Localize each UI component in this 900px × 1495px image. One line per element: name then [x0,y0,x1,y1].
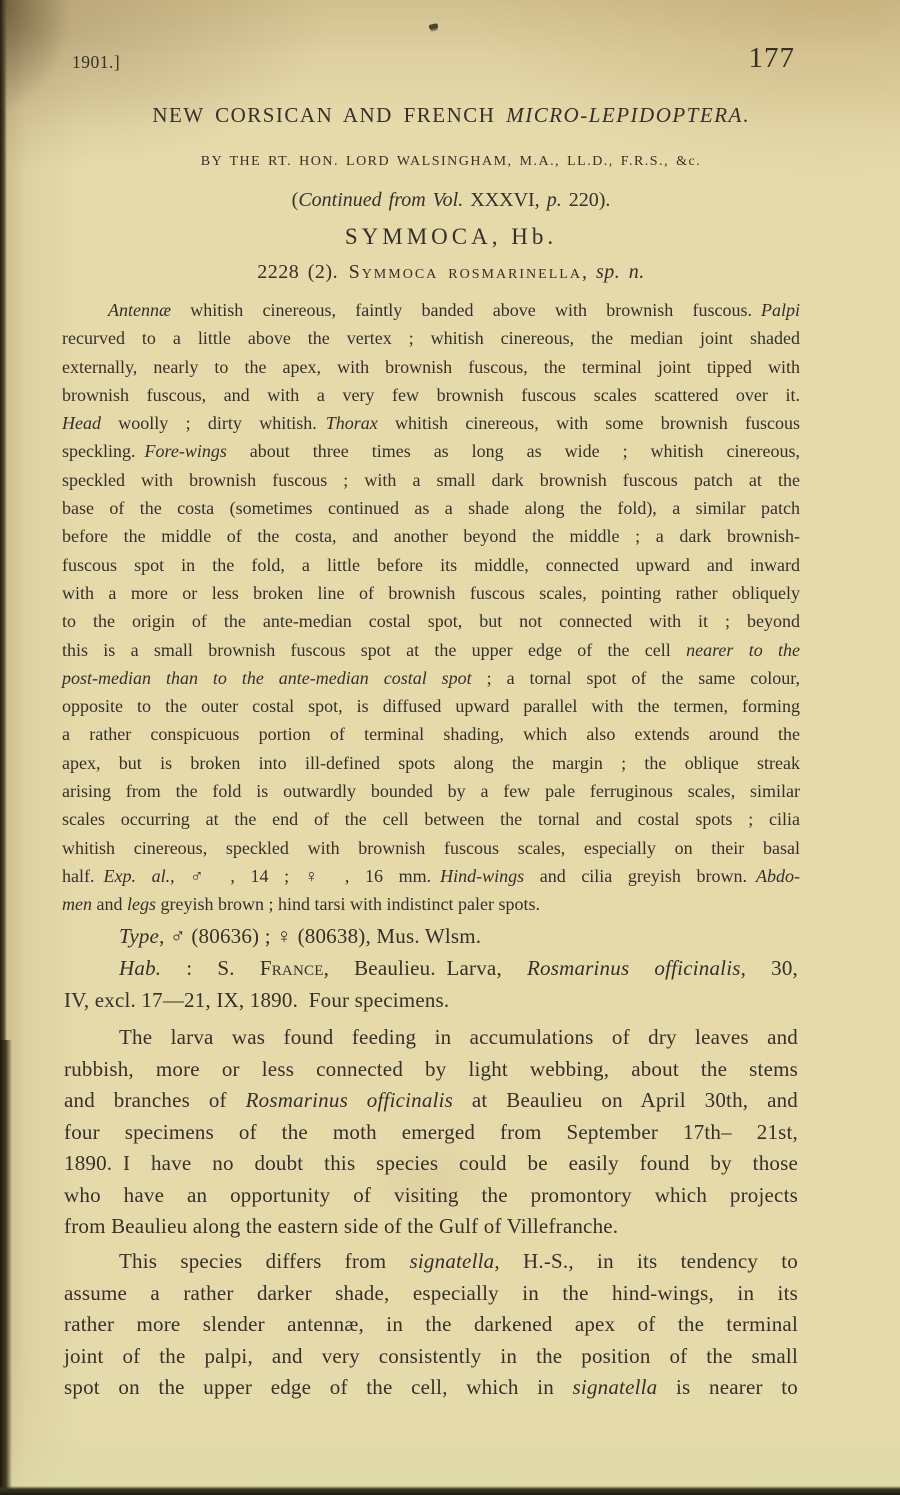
page-content: 1901.] 177 NEW CORSICAN AND FRENCH MICRO… [62,0,800,1495]
text-line: joint of the palpi, and very consistentl… [64,1341,798,1373]
text-line: base of the costa (sometimes continued a… [62,494,800,522]
journal-page: 1901.] 177 NEW CORSICAN AND FRENCH MICRO… [0,0,900,1495]
species-heading: 2228 (2). Symmoca rosmarinella, sp. n. [82,261,820,284]
text-line: before the middle of the costa, and anot… [62,522,800,550]
text-line: opposite to the outer costal spot, is di… [62,692,800,720]
text-line: brownish fuscous, and with a very few br… [62,381,800,409]
text-line: This species differs from signatella, H.… [64,1246,798,1278]
page-number: 177 [749,42,796,75]
text-line: Head woolly ; dirty whitish. Thorax whit… [62,409,800,437]
text-line: a rather conspicuous portion of terminal… [62,720,800,748]
genus-heading: SYMMOCA, Hb. [82,224,820,250]
text-line: scales occurring at the end of the cell … [62,805,800,833]
text-line: fuscous spot in the fold, a little befor… [62,551,800,579]
text-line: Hab. : S. France, Beaulieu. Larva, Rosma… [64,953,798,985]
text-line: men and legs greyish brown ; hind tarsi … [62,890,800,918]
continuation-note: (Continued from Vol. XXXVI, p. 220). [82,189,820,212]
article-byline: BY THE RT. HON. LORD WALSINGHAM, M.A., L… [82,154,820,170]
text-line: assume a rather darker shade, especially… [64,1278,798,1310]
corner-shade [0,0,70,110]
text-line: arising from the fold is outwardly bound… [62,777,800,805]
article-title: NEW CORSICAN AND FRENCH MICRO-LEPIDOPTER… [82,103,820,128]
page-left-edge-shadow-lower [0,1040,12,1495]
text-line: four specimens of the moth emerged from … [64,1117,798,1149]
text-line: half. Exp. al., ♂ , 14 ; ♀ , 16 mm. Hind… [62,862,800,890]
comparison-paragraph: This species differs from signatella, H.… [64,1246,798,1404]
text-line: and branches of Rosmarinus officinalis a… [64,1085,798,1117]
text-line: recurved to a little above the vertex ; … [62,324,800,352]
text-line: rather more slender antennæ, in the dark… [64,1309,798,1341]
text-line: The larva was found feeding in accumulat… [64,1022,798,1054]
larva-notes-paragraph: The larva was found feeding in accumulat… [64,1022,798,1243]
text-line: speckled with brownish fuscous ; with a … [62,466,800,494]
text-line: externally, nearly to the apex, with bro… [62,353,800,381]
text-line: this is a small brownish fuscous spot at… [62,636,800,664]
text-line: who have an opportunity of visiting the … [64,1180,798,1212]
text-line: Antennæ whitish cinereous, faintly bande… [62,296,800,324]
text-line: whitish cinereous, speckled with brownis… [62,834,800,862]
habitat-paragraph: Hab. : S. France, Beaulieu. Larva, Rosma… [64,953,798,1016]
text-line: speckling. Fore-wings about three times … [62,437,800,465]
header-year: 1901.] [72,52,120,73]
text-line: 1890. I have no doubt this species could… [64,1148,798,1180]
text-line: IV, excl. 17—21, IX, 1890. Four specimen… [64,985,798,1017]
text-line: rubbish, more or less connected by light… [64,1054,798,1086]
text-line: with a more or less broken line of brown… [62,579,800,607]
type-specimens-line: Type, ♂ (80636) ; ♀ (80638), Mus. Wlsm. [64,921,798,953]
text-line: spot on the upper edge of the cell, whic… [64,1372,798,1404]
text-line: post-median than to the ante-median cost… [62,664,800,692]
text-line: to the origin of the ante-median costal … [62,607,800,635]
species-description-paragraph: Antennæ whitish cinereous, faintly bande… [62,296,800,919]
text-line: from Beaulieu along the eastern side of … [64,1211,798,1243]
text-line: apex, but is broken into ill-defined spo… [62,749,800,777]
